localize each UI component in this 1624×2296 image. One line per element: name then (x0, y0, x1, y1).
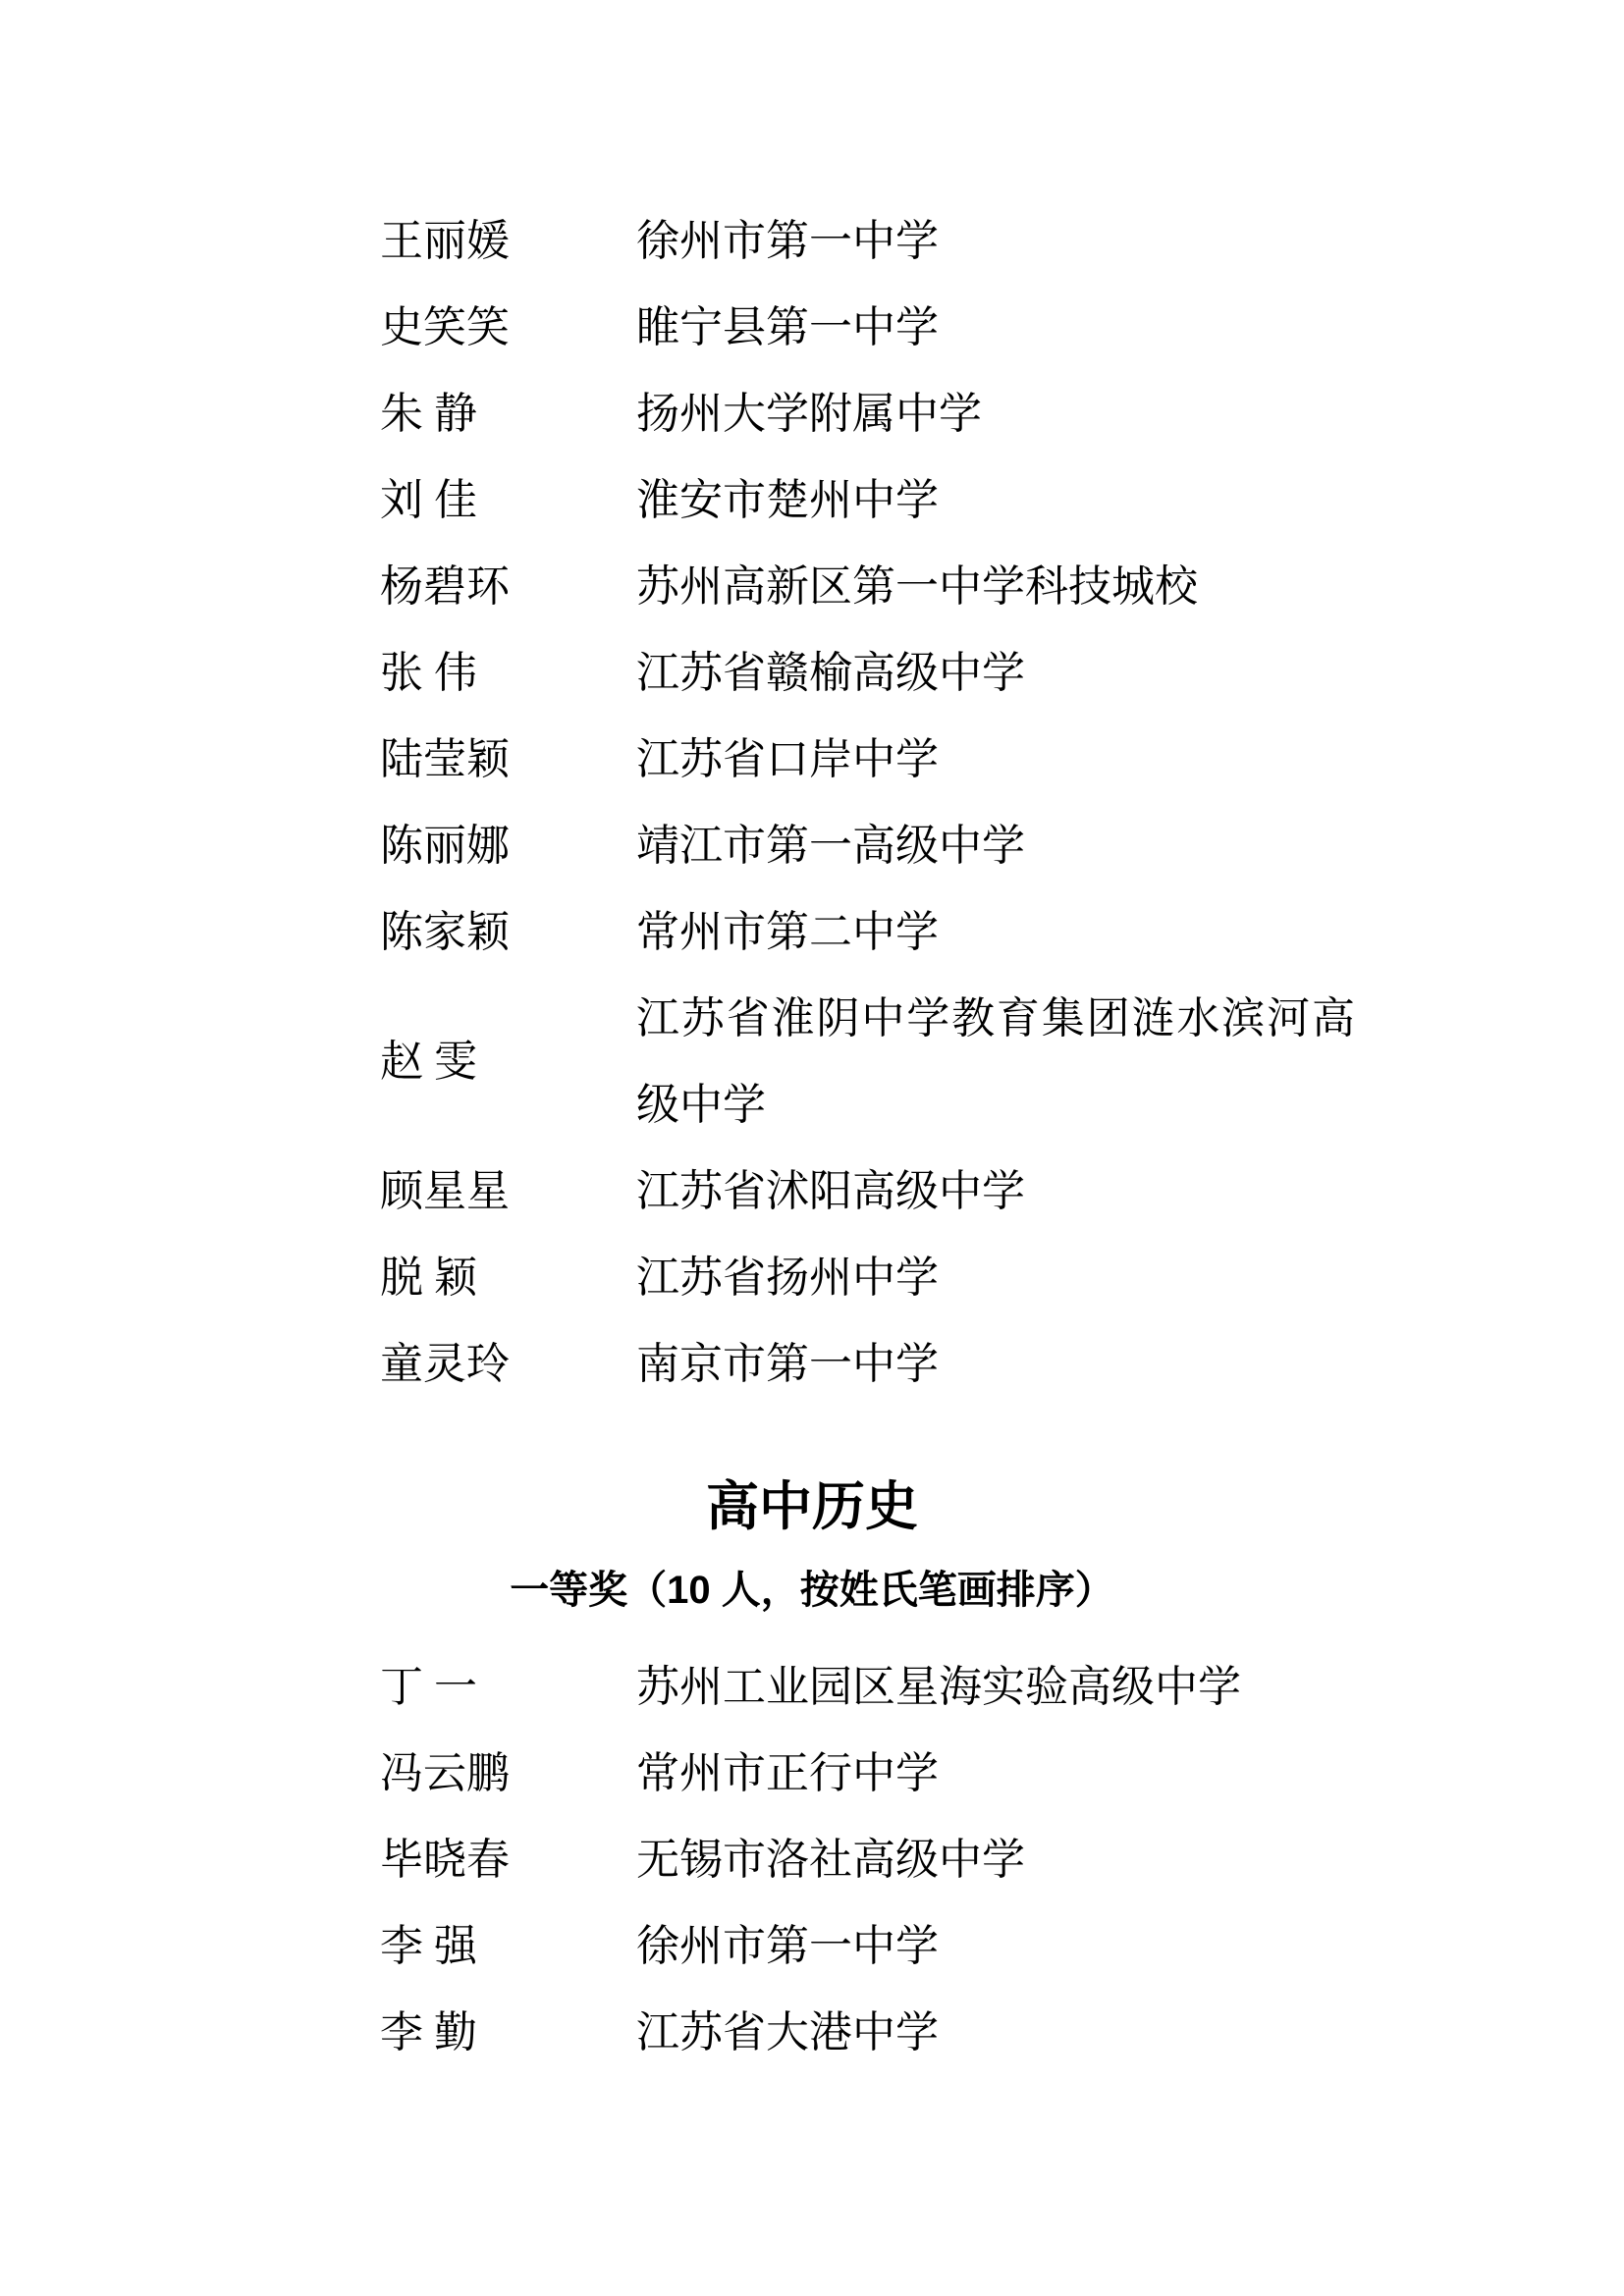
awardee-name: 童灵玲 (380, 1321, 510, 1408)
awardee-name: 赵 雯 (380, 1019, 510, 1105)
awardee-name: 史笑笑 (380, 285, 510, 371)
awardee-school: 南京市第一中学 (636, 1321, 1355, 1408)
awardee-name: 杨碧环 (380, 544, 510, 630)
awardee-name: 陈家颖 (380, 889, 510, 976)
award-entry: 杨碧环 苏州高新区第一中学科技城校 (380, 544, 1355, 630)
award-entry: 毕晓春 无锡市洛社高级中学 (380, 1817, 1355, 1903)
awardee-name: 朱 静 (380, 371, 510, 457)
award-entry: 朱 静 扬州大学附属中学 (380, 371, 1355, 457)
award-entry: 童灵玲 南京市第一中学 (380, 1321, 1355, 1408)
awardee-name: 丁 一 (380, 1644, 510, 1731)
awardee-name: 顾星星 (380, 1148, 510, 1235)
awardee-school: 江苏省扬州中学 (636, 1235, 1355, 1321)
award-entry: 顾星星 江苏省沭阳高级中学 (380, 1148, 1355, 1235)
awardee-name: 李 强 (380, 1903, 510, 1990)
awardee-school: 徐州市第一中学 (636, 198, 1355, 285)
awardee-name: 李 勤 (380, 1990, 510, 2076)
awardee-name: 张 伟 (380, 630, 510, 717)
awardee-school: 江苏省大港中学 (636, 1990, 1355, 2076)
awardee-school: 江苏省淮阴中学教育集团涟水滨河高级中学 (636, 976, 1355, 1148)
awardee-name: 陈丽娜 (380, 803, 510, 889)
section-subtitle: 一等奖（10 人，按姓氏笔画排序） (269, 1561, 1355, 1620)
award-entry: 陈丽娜 靖江市第一高级中学 (380, 803, 1355, 889)
awardee-name: 毕晓春 (380, 1817, 510, 1903)
award-entry: 张 伟 江苏省赣榆高级中学 (380, 630, 1355, 717)
awardee-name: 脱 颖 (380, 1235, 510, 1321)
section-title: 高中历史 (269, 1463, 1355, 1551)
award-entry: 陆莹颖 江苏省口岸中学 (380, 717, 1355, 803)
award-entry: 脱 颖 江苏省扬州中学 (380, 1235, 1355, 1321)
award-list-first-prize: 丁 一 苏州工业园区星海实验高级中学 冯云鹏 常州市正行中学 毕晓春 无锡市洛社… (380, 1644, 1355, 2076)
awardee-name: 王丽媛 (380, 198, 510, 285)
award-entry: 丁 一 苏州工业园区星海实验高级中学 (380, 1644, 1355, 1731)
award-entry: 史笑笑 睢宁县第一中学 (380, 285, 1355, 371)
awardee-name: 冯云鹏 (380, 1731, 510, 1817)
awardee-school: 苏州工业园区星海实验高级中学 (636, 1644, 1355, 1731)
awardee-school: 江苏省赣榆高级中学 (636, 630, 1355, 717)
awardee-name: 刘 佳 (380, 457, 510, 544)
award-entry: 陈家颖 常州市第二中学 (380, 889, 1355, 976)
award-entry: 刘 佳 淮安市楚州中学 (380, 457, 1355, 544)
awardee-school: 靖江市第一高级中学 (636, 803, 1355, 889)
awardee-school: 无锡市洛社高级中学 (636, 1817, 1355, 1903)
awardee-school: 扬州大学附属中学 (636, 371, 1355, 457)
awardee-school: 徐州市第一中学 (636, 1903, 1355, 1990)
awardee-school: 江苏省口岸中学 (636, 717, 1355, 803)
award-entry: 冯云鹏 常州市正行中学 (380, 1731, 1355, 1817)
awardee-school: 睢宁县第一中学 (636, 285, 1355, 371)
awardee-school: 常州市第二中学 (636, 889, 1355, 976)
awardee-name: 陆莹颖 (380, 717, 510, 803)
award-entry: 李 强 徐州市第一中学 (380, 1903, 1355, 1990)
award-entry: 王丽媛 徐州市第一中学 (380, 198, 1355, 285)
awardee-school: 江苏省沭阳高级中学 (636, 1148, 1355, 1235)
awardee-school: 淮安市楚州中学 (636, 457, 1355, 544)
award-entry: 李 勤 江苏省大港中学 (380, 1990, 1355, 2076)
awardee-school: 常州市正行中学 (636, 1731, 1355, 1817)
document-page: 王丽媛 徐州市第一中学 史笑笑 睢宁县第一中学 朱 静 扬州大学附属中学 刘 佳… (0, 0, 1624, 2296)
awardee-school: 苏州高新区第一中学科技城校 (636, 544, 1355, 630)
award-list-top: 王丽媛 徐州市第一中学 史笑笑 睢宁县第一中学 朱 静 扬州大学附属中学 刘 佳… (380, 198, 1355, 1408)
award-entry: 赵 雯 江苏省淮阴中学教育集团涟水滨河高级中学 (380, 976, 1355, 1148)
